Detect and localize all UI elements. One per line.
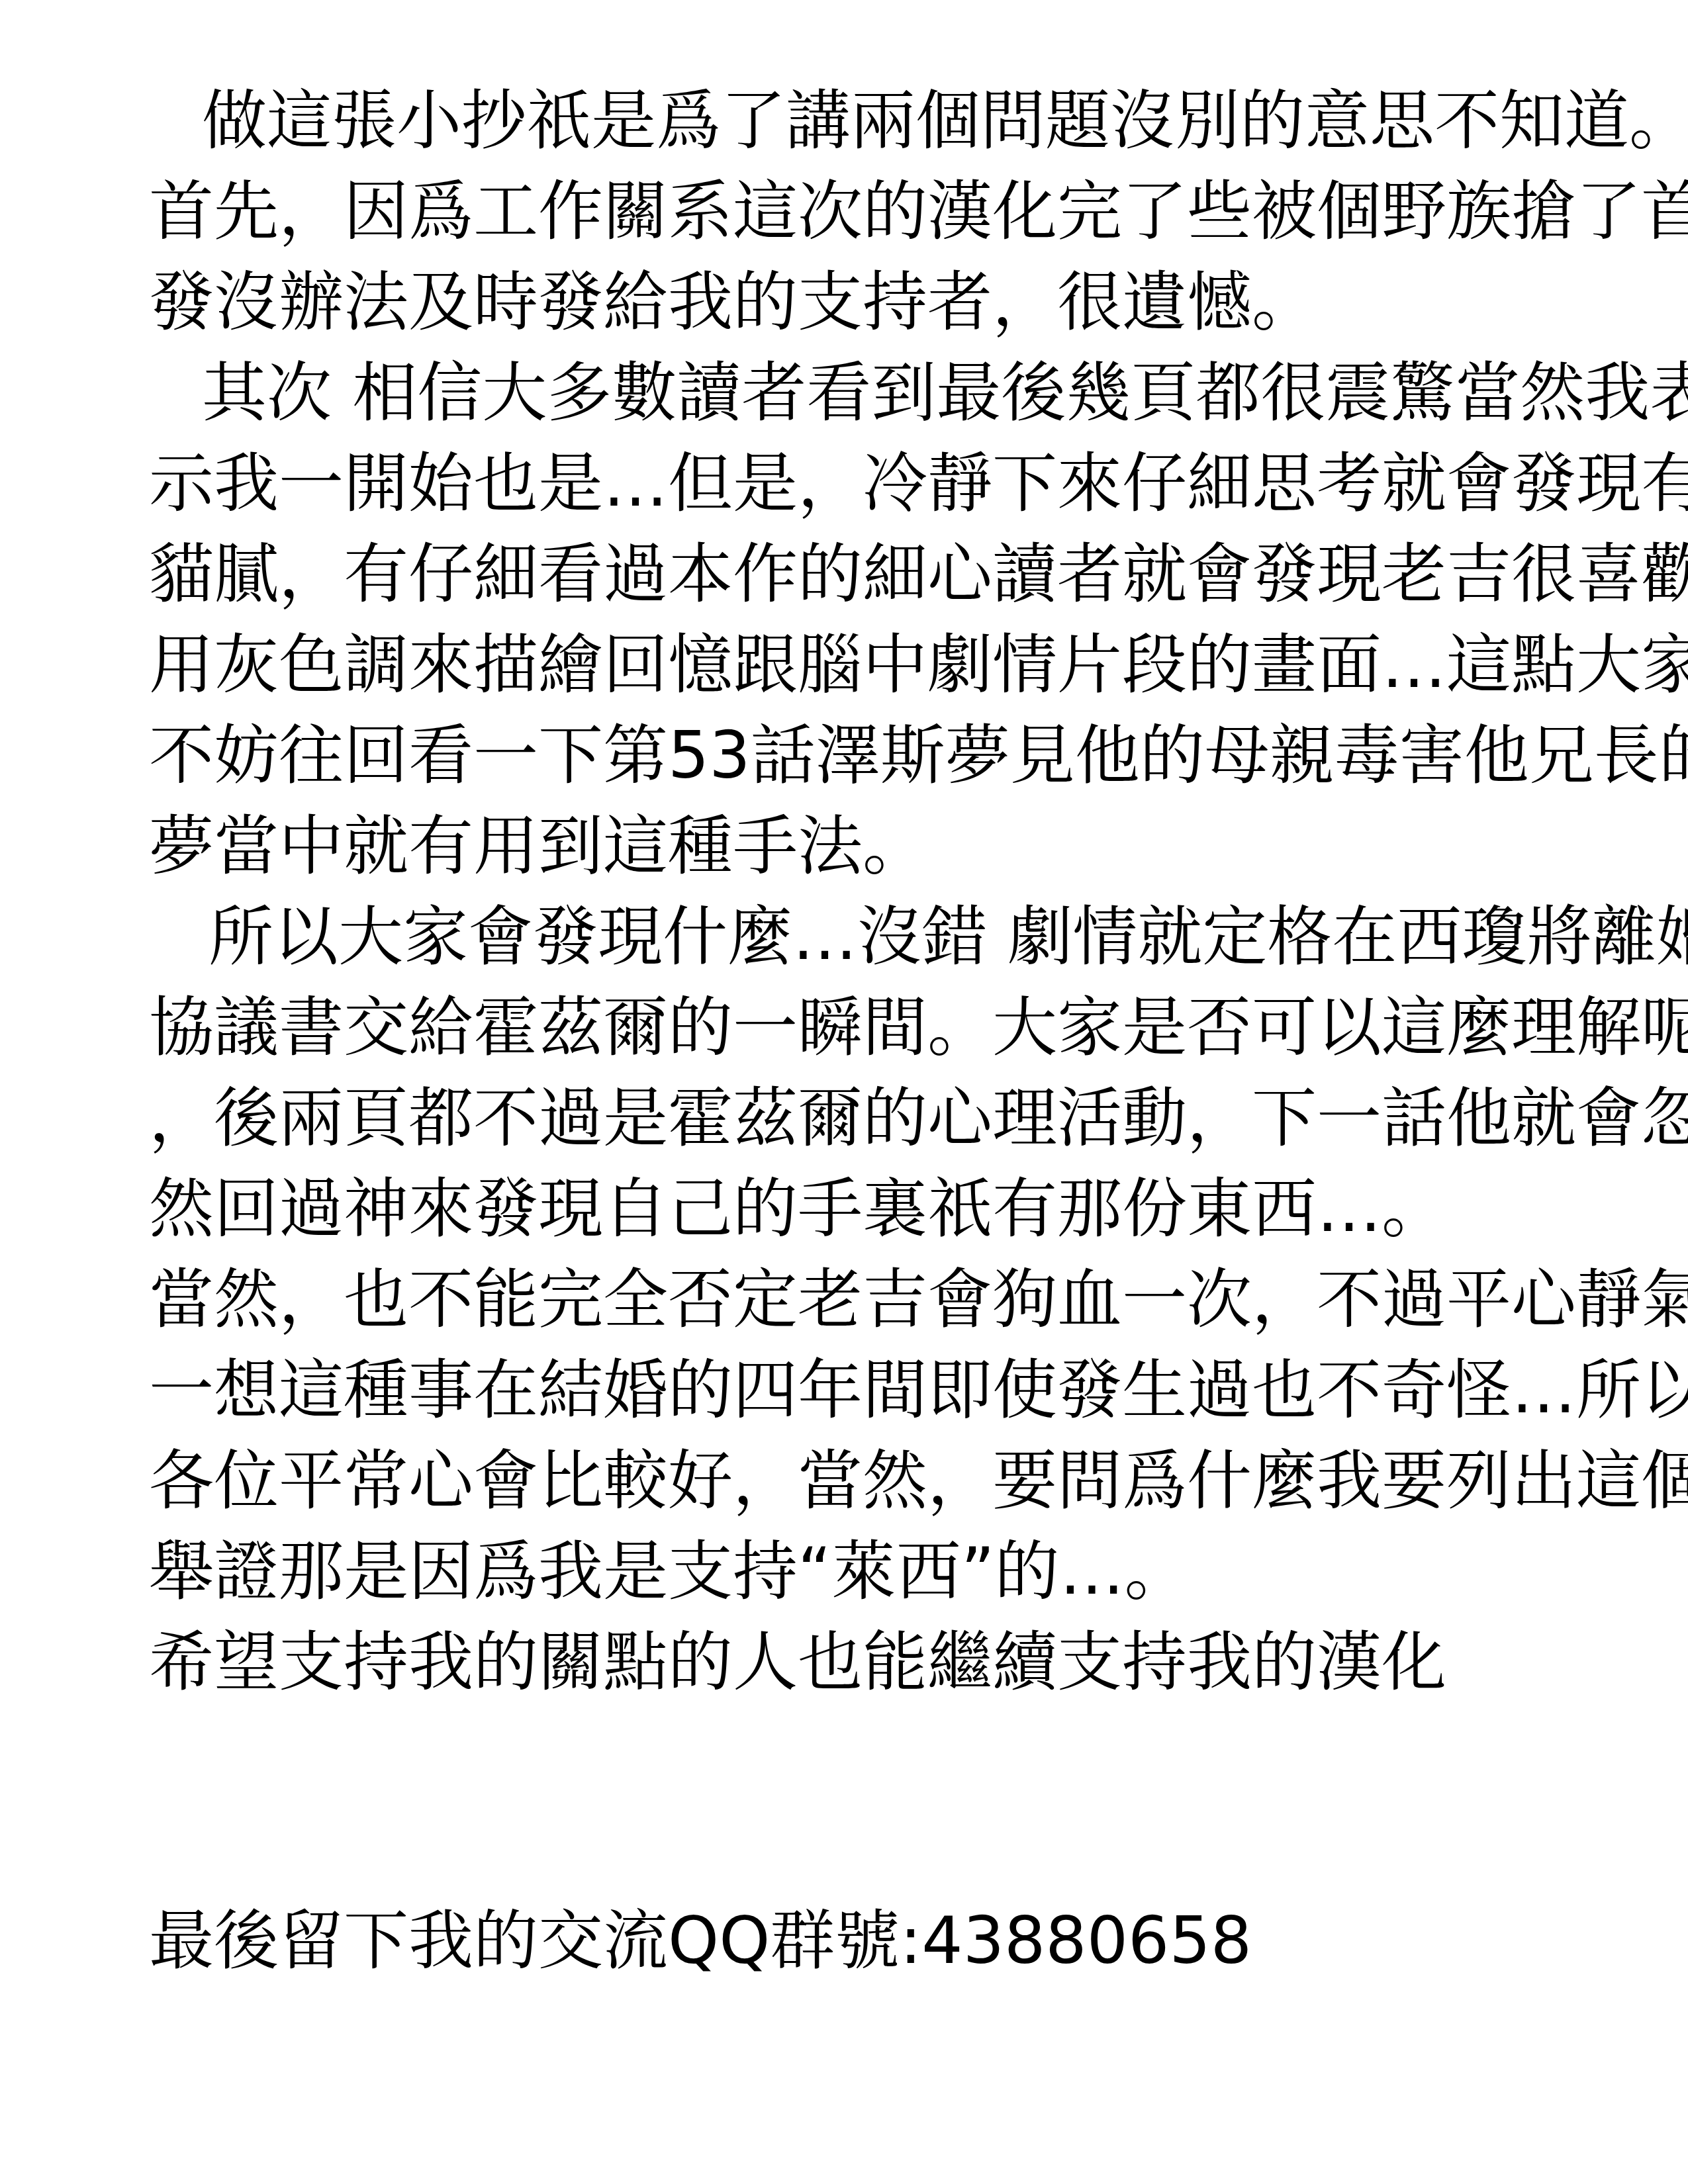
text-line: 協議書交給霍茲爾的一瞬間。大家是否可以這麼理解呢 [149, 995, 1556, 1085]
document-page: 做這張小抄祇是爲了講兩個問題沒別的意思不知道。 首先，因爲工作關系這次的漢化完了… [0, 0, 1688, 2184]
text-line: 舉證那是因爲我是支持“萊西”的…。 [149, 1539, 1556, 1629]
text-line: 其次 相信大多數讀者看到最後幾頁都很震驚當然我表 [149, 360, 1556, 451]
text-line: 發沒辦法及時發給我的支持者，很遺憾。 [149, 269, 1556, 360]
qq-group-contact: 最後留下我的交流QQ群號:43880658 [149, 1908, 1252, 1974]
text-line: 所以大家會發現什麼…沒錯 劇情就定格在西瓊將離婚 [149, 904, 1556, 995]
text-line: 各位平常心會比較好，當然，要問爲什麼我要列出這個 [149, 1448, 1556, 1539]
text-line: 首先，因爲工作關系這次的漢化完了些被個野族搶了首 [149, 179, 1556, 269]
translator-note-body: 做這張小抄祇是爲了講兩個問題沒別的意思不知道。 首先，因爲工作關系這次的漢化完了… [149, 88, 1556, 1720]
text-line: 夢當中就有用到這種手法。 [149, 813, 1556, 904]
text-line: 用灰色調來描繪回憶跟腦中劇情片段的畫面…這點大家 [149, 632, 1556, 723]
text-line: 做這張小抄祇是爲了講兩個問題沒別的意思不知道。 [149, 88, 1556, 179]
text-line: 希望支持我的關點的人也能繼續支持我的漢化 [149, 1629, 1556, 1720]
text-line: 示我一開始也是…但是，冷靜下來仔細思考就會發現有 [149, 451, 1556, 541]
text-line: 當然，也不能完全否定老吉會狗血一次，不過平心靜氣 [149, 1267, 1556, 1357]
text-line: 一想這種事在結婚的四年間即使發生過也不奇怪…所以 [149, 1357, 1556, 1448]
text-line: ，後兩頁都不過是霍茲爾的心理活動，下一話他就會忽 [149, 1085, 1556, 1176]
text-line: 貓膩，有仔細看過本作的細心讀者就會發現老吉很喜歡 [149, 541, 1556, 632]
text-line: 然回過神來發現自己的手裏祇有那份東西…。 [149, 1176, 1556, 1267]
text-line: 不妨往回看一下第53話澤斯夢見他的母親毒害他兄長的 [149, 723, 1556, 813]
